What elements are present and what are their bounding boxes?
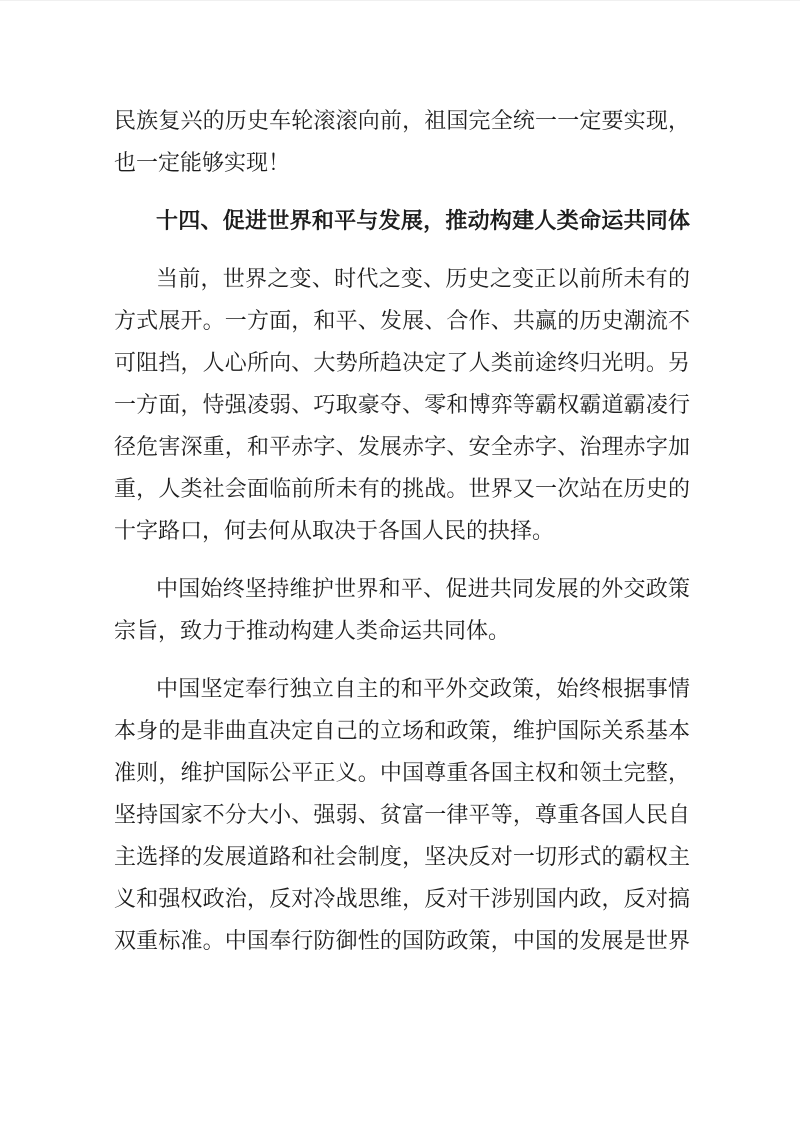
text-line: 主选择的发展道路和社会制度，坚决反对一切形式的霸权主	[114, 836, 690, 878]
text-line: 中国始终坚持维护世界和平、促进共同发展的外交政策	[114, 568, 690, 610]
text-line: 中国坚定奉行独立自主的和平外交政策，始终根据事情	[114, 668, 690, 710]
text-line: 也一定能够实现！	[114, 142, 690, 184]
paragraph: 中国始终坚持维护世界和平、促进共同发展的外交政策宗旨，致力于推动构建人类命运共同…	[114, 568, 690, 652]
heading-line: 十四、促进世界和平与发展，推动构建人类命运共同体	[114, 200, 690, 242]
paragraph: 民族复兴的历史车轮滚滚向前，祖国完全统一一定要实现，也一定能够实现！	[114, 100, 690, 184]
text-line: 本身的是非曲直决定自己的立场和政策，维护国际关系基本	[114, 710, 690, 752]
document-page: 民族复兴的历史车轮滚滚向前，祖国完全统一一定要实现，也一定能够实现！十四、促进世…	[0, 0, 800, 1131]
text-line: 方式展开。一方面，和平、发展、合作、共赢的历史潮流不	[114, 300, 690, 342]
text-line: 当前，世界之变、时代之变、历史之变正以前所未有的	[114, 258, 690, 300]
text-line: 坚持国家不分大小、强弱、贫富一律平等，尊重各国人民自	[114, 794, 690, 836]
section-heading: 十四、促进世界和平与发展，推动构建人类命运共同体	[114, 200, 690, 242]
text-line: 准则，维护国际公平正义。中国尊重各国主权和领土完整，	[114, 752, 690, 794]
text-line: 宗旨，致力于推动构建人类命运共同体。	[114, 610, 690, 652]
text-line: 民族复兴的历史车轮滚滚向前，祖国完全统一一定要实现，	[114, 100, 690, 142]
text-line: 重，人类社会面临前所未有的挑战。世界又一次站在历史的	[114, 468, 690, 510]
text-line: 可阻挡，人心所向、大势所趋决定了人类前途终归光明。另	[114, 342, 690, 384]
paragraph: 当前，世界之变、时代之变、历史之变正以前所未有的方式展开。一方面，和平、发展、合…	[114, 258, 690, 552]
text-line: 一方面，恃强凌弱、巧取豪夺、零和博弈等霸权霸道霸凌行	[114, 384, 690, 426]
text-line: 十字路口，何去何从取决于各国人民的抉择。	[114, 510, 690, 552]
document-text-block: 民族复兴的历史车轮滚滚向前，祖国完全统一一定要实现，也一定能够实现！十四、促进世…	[114, 100, 690, 978]
text-line: 径危害深重，和平赤字、发展赤字、安全赤字、治理赤字加	[114, 426, 690, 468]
paragraph: 中国坚定奉行独立自主的和平外交政策，始终根据事情本身的是非曲直决定自己的立场和政…	[114, 668, 690, 962]
text-line: 双重标准。中国奉行防御性的国防政策，中国的发展是世界	[114, 920, 690, 962]
text-line: 义和强权政治，反对冷战思维，反对干涉别国内政，反对搞	[114, 878, 690, 920]
